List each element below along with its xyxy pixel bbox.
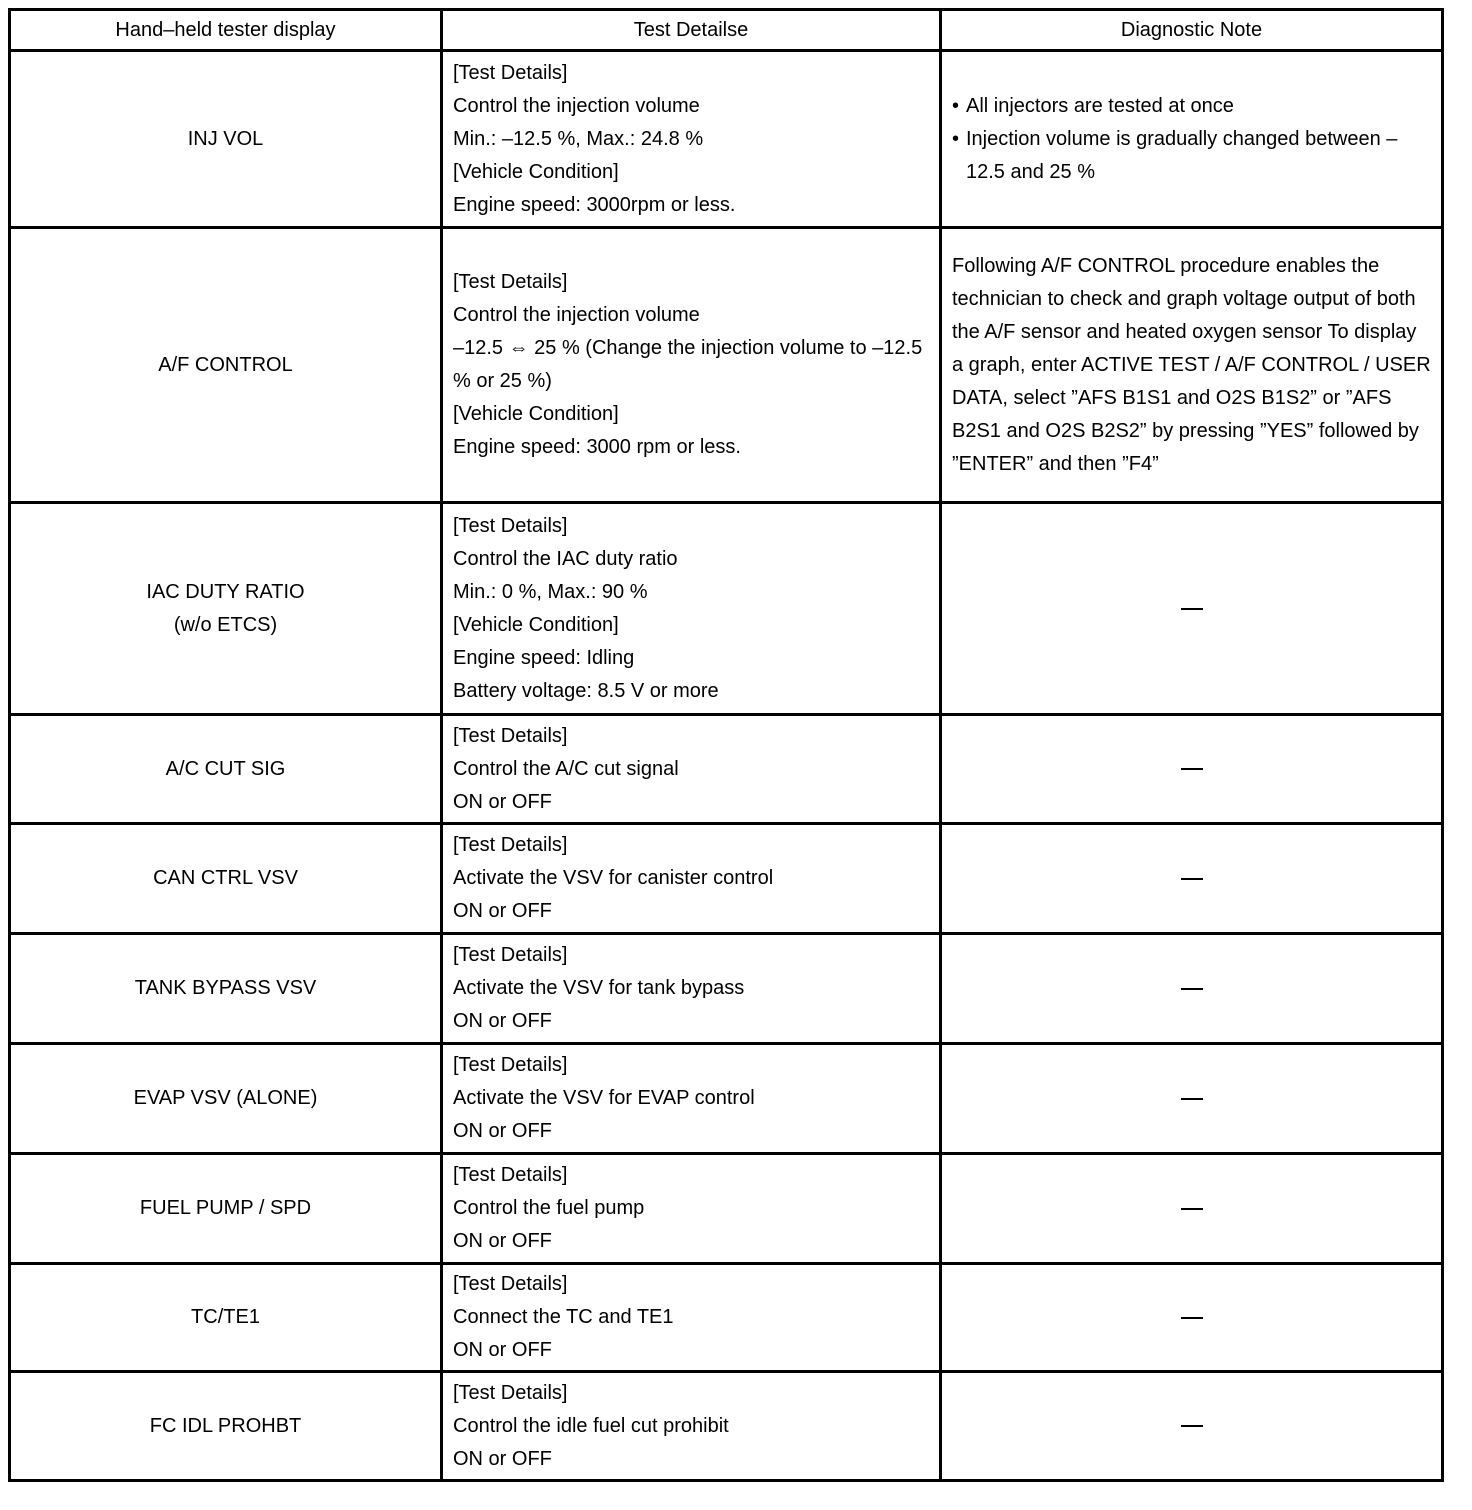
note-bullet-item: •All injectors are tested at once: [952, 90, 1431, 123]
test-details-line: [Test Details]: [453, 510, 929, 543]
test-details-line: Engine speed: 3000 rpm or less.: [453, 431, 929, 464]
bullet-icon: •: [952, 123, 966, 156]
tester-display-cell: INJ VOL: [10, 51, 442, 228]
diagnostic-note-cell: [941, 824, 1443, 934]
test-details-line: [Test Details]: [453, 829, 929, 862]
note-bullet-text: Injection volume is gradually changed be…: [966, 128, 1397, 183]
tester-display-text: FC IDL PROHBT: [21, 1410, 430, 1443]
not-applicable-dash-icon: [1181, 768, 1203, 770]
tester-display-cell: TC/TE1: [10, 1264, 442, 1372]
active-test-table: Hand–held tester display Test Detailse D…: [8, 8, 1444, 1482]
test-details-line: [Test Details]: [453, 1377, 929, 1410]
test-details-line: [Test Details]: [453, 939, 929, 972]
tester-display-cell: A/C CUT SIG: [10, 715, 442, 824]
test-details-line: ON or OFF: [453, 1225, 929, 1258]
not-applicable-dash-icon: [1181, 1208, 1203, 1210]
table-row: A/F CONTROL[Test Details]Control the inj…: [10, 228, 1443, 503]
not-applicable-dash-icon: [1181, 1317, 1203, 1319]
diagnostic-note-cell: Following A/F CONTROL procedure enables …: [941, 228, 1443, 503]
tester-display-text: IAC DUTY RATIO: [21, 576, 430, 609]
table-row: IAC DUTY RATIO(w/o ETCS)[Test Details]Co…: [10, 503, 1443, 715]
test-details-line: ON or OFF: [453, 1005, 929, 1038]
not-applicable-dash-icon: [1181, 878, 1203, 880]
test-details-cell: [Test Details]Activate the VSV for EVAP …: [442, 1044, 941, 1154]
test-details-line: Activate the VSV for tank bypass: [453, 972, 929, 1005]
test-details-line: [Test Details]: [453, 57, 929, 90]
test-details-cell: [Test Details]Activate the VSV for canis…: [442, 824, 941, 934]
table-row: INJ VOL[Test Details]Control the injecti…: [10, 51, 1443, 228]
test-details-line: Min.: 0 %, Max.: 90 %: [453, 576, 929, 609]
test-details-cell: [Test Details]Control the fuel pumpON or…: [442, 1154, 941, 1264]
diagnostic-note-text: To display a graph, enter ACTIVE TEST / …: [952, 321, 1431, 475]
test-details-line: Control the fuel pump: [453, 1192, 929, 1225]
test-details-cell: [Test Details]Control the idle fuel cut …: [442, 1372, 941, 1481]
header-test-details: Test Detailse: [442, 10, 941, 51]
test-details-line: –12.5 ⇔ 25 % (Change the injection volum…: [453, 332, 929, 398]
test-details-line: Control the IAC duty ratio: [453, 543, 929, 576]
note-bullet-text: All injectors are tested at once: [966, 95, 1234, 117]
tester-display-cell: TANK BYPASS VSV: [10, 934, 442, 1044]
test-details-line: [Test Details]: [453, 1268, 929, 1301]
test-details-cell: [Test Details]Connect the TC and TE1ON o…: [442, 1264, 941, 1372]
test-details-line: [Test Details]: [453, 266, 929, 299]
header-tester-display: Hand–held tester display: [10, 10, 442, 51]
tester-display-cell: CAN CTRL VSV: [10, 824, 442, 934]
tester-display-cell: FUEL PUMP / SPD: [10, 1154, 442, 1264]
diagnostic-note-cell: [941, 503, 1443, 715]
test-details-line: Control the injection volume: [453, 299, 929, 332]
test-details-line: Connect the TC and TE1: [453, 1301, 929, 1334]
test-details-line: Battery voltage: 8.5 V or more: [453, 675, 929, 708]
tester-display-text: TANK BYPASS VSV: [21, 972, 430, 1005]
diagnostic-note-cell: [941, 1264, 1443, 1372]
diagnostic-note-cell: [941, 1154, 1443, 1264]
diagnostic-note-cell: •All injectors are tested at once•Inject…: [941, 51, 1443, 228]
header-diagnostic-note: Diagnostic Note: [941, 10, 1443, 51]
not-applicable-dash-icon: [1181, 1098, 1203, 1100]
test-details-line: Activate the VSV for canister control: [453, 862, 929, 895]
diagnostic-note-cell: [941, 715, 1443, 824]
test-details-line: [Vehicle Condition]: [453, 156, 929, 189]
test-details-line: [Vehicle Condition]: [453, 609, 929, 642]
tester-display-cell: A/F CONTROL: [10, 228, 442, 503]
test-details-line: Control the idle fuel cut prohibit: [453, 1410, 929, 1443]
test-details-line: ON or OFF: [453, 1443, 929, 1476]
test-details-line: Activate the VSV for EVAP control: [453, 1082, 929, 1115]
diagnostic-note-cell: [941, 1044, 1443, 1154]
test-details-line: [Test Details]: [453, 1049, 929, 1082]
tester-display-text: INJ VOL: [21, 123, 430, 156]
bullet-icon: •: [952, 90, 966, 123]
test-details-line: [Test Details]: [453, 1159, 929, 1192]
test-details-line: ON or OFF: [453, 895, 929, 928]
test-details-cell: [Test Details]Control the injection volu…: [442, 228, 941, 503]
diagnostic-note-cell: [941, 1372, 1443, 1481]
tester-display-text: (w/o ETCS): [21, 609, 430, 642]
tester-display-cell: IAC DUTY RATIO(w/o ETCS): [10, 503, 442, 715]
table-row: FC IDL PROHBT[Test Details]Control the i…: [10, 1372, 1443, 1481]
test-details-cell: [Test Details]Control the IAC duty ratio…: [442, 503, 941, 715]
tester-display-text: A/C CUT SIG: [21, 753, 430, 786]
tester-display-text: A/F CONTROL: [21, 349, 430, 382]
test-details-line: Control the A/C cut signal: [453, 753, 929, 786]
table-row: CAN CTRL VSV[Test Details]Activate the V…: [10, 824, 1443, 934]
test-details-line: ON or OFF: [453, 1115, 929, 1148]
not-applicable-dash-icon: [1181, 608, 1203, 610]
table-row: A/C CUT SIG[Test Details]Control the A/C…: [10, 715, 1443, 824]
test-details-line: ON or OFF: [453, 786, 929, 819]
tester-display-cell: FC IDL PROHBT: [10, 1372, 442, 1481]
not-applicable-dash-icon: [1181, 988, 1203, 990]
test-details-line: [Test Details]: [453, 720, 929, 753]
test-details-cell: [Test Details]Control the A/C cut signal…: [442, 715, 941, 824]
table-body: INJ VOL[Test Details]Control the injecti…: [10, 51, 1443, 1481]
test-details-line: [Vehicle Condition]: [453, 398, 929, 431]
table-row: EVAP VSV (ALONE)[Test Details]Activate t…: [10, 1044, 1443, 1154]
tester-display-text: CAN CTRL VSV: [21, 862, 430, 895]
test-details-line: Engine speed: 3000rpm or less.: [453, 189, 929, 222]
tester-display-text: EVAP VSV (ALONE): [21, 1082, 430, 1115]
test-details-line: ON or OFF: [453, 1334, 929, 1367]
test-details-cell: [Test Details]Control the injection volu…: [442, 51, 941, 228]
test-details-line: Control the injection volume: [453, 90, 929, 123]
test-details-line: Engine speed: Idling: [453, 642, 929, 675]
tester-display-text: TC/TE1: [21, 1301, 430, 1334]
diagnostic-note-cell: [941, 934, 1443, 1044]
tester-display-cell: EVAP VSV (ALONE): [10, 1044, 442, 1154]
test-details-cell: [Test Details]Activate the VSV for tank …: [442, 934, 941, 1044]
tester-display-text: FUEL PUMP / SPD: [21, 1192, 430, 1225]
not-applicable-dash-icon: [1181, 1425, 1203, 1427]
table-header-row: Hand–held tester display Test Detailse D…: [10, 10, 1443, 51]
table-row: TC/TE1[Test Details]Connect the TC and T…: [10, 1264, 1443, 1372]
note-bullet-item: •Injection volume is gradually changed b…: [952, 123, 1431, 189]
table-row: FUEL PUMP / SPD[Test Details]Control the…: [10, 1154, 1443, 1264]
test-details-line: Min.: –12.5 %, Max.: 24.8 %: [453, 123, 929, 156]
table-row: TANK BYPASS VSV[Test Details]Activate th…: [10, 934, 1443, 1044]
